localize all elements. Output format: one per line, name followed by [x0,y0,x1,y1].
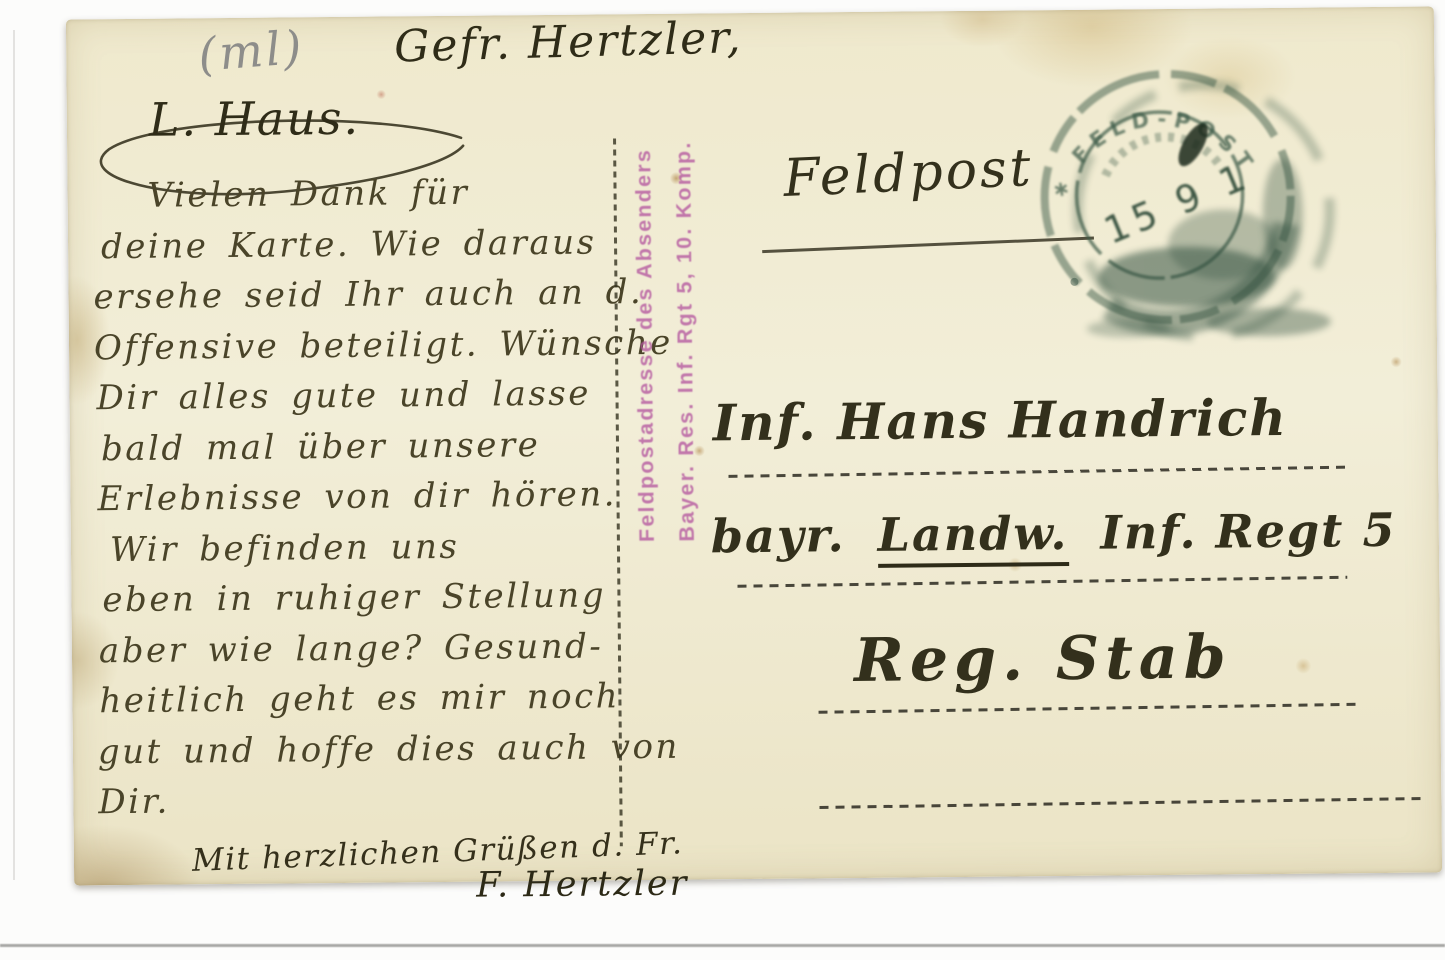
postcard-scan: (ml) Gefr. Hertzler, L. Haus. Vielen Dan… [66,6,1442,885]
address-regiment-line: bayr. Landw. Inf. Regt 5 [711,503,1411,570]
pencil-note: (ml) [196,20,306,82]
feldpost-service-note: Feldpost [782,138,1035,209]
message-line: ersehe seid Ihr auch an d. [93,266,703,322]
message-line: bald mal über unsere [101,418,705,474]
stamp-line-1: Feldpostadresse des Absenders [622,68,667,542]
message-line: Erlebnisse von dir hören. [97,468,705,524]
address-regiment-underlined: Landw. [877,506,1068,568]
message-line: Vielen Dank für [147,165,702,221]
message-line: heitlich geht es mir noch [99,670,707,726]
scanner-edge-line-left [13,30,15,880]
address-regiment-post: Inf. Regt 5 [1100,503,1397,560]
postmark-dot [1070,278,1078,286]
address-dotted-line-2 [737,576,1347,588]
address-recipient-name: Inf. Hans Handrich [712,388,1287,453]
address-dotted-line-1 [728,466,1348,478]
postmark-stamp: ∗ FELD-POST 15 9 1 [1016,43,1351,348]
signature: F. Hertzler [476,864,689,906]
scanner-edge-line-bottom [0,944,1445,947]
message-line: gut und hoffe dies auch von [98,721,708,777]
sender-address-rubber-stamp: Feldpostadresse des Absenders Bayer. Res… [622,67,713,542]
address-dotted-line-4 [819,797,1425,809]
address-regiment-pre: bayr. [711,508,846,563]
message-line: Offensive beteiligt. Wünsche [94,317,704,373]
address-dotted-line-3 [819,703,1359,714]
message-line: Dir alles gute und lasse [96,367,704,423]
stamp-line-2: Bayer. Res. Inf. Rgt 5, 10. Komp. [662,67,707,541]
message-line: Dir. [98,771,708,827]
address-unit-line: Reg. Stab [854,622,1232,696]
message-line: eben in ruhiger Stellung [102,569,706,625]
message-line: aber wie lange? Gesund- [99,620,707,676]
sender-name-note: Gefr. Hertzler, [393,12,743,72]
